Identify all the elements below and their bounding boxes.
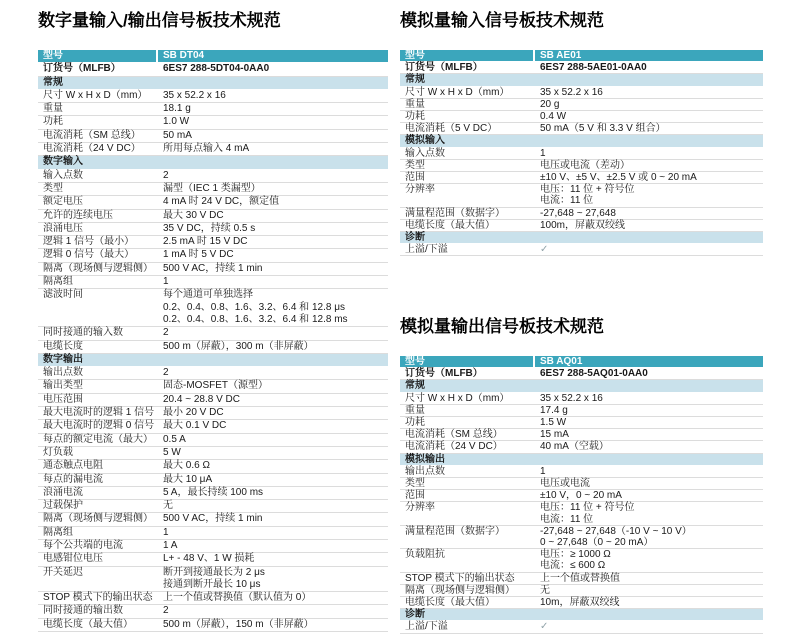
table-row: 电流消耗（SM 总线）15 mA [400,429,763,441]
section-label: 常规 [400,380,763,391]
row-value: 10m，屏蔽双绞线 [535,597,763,608]
digital-io-spec-title: 数字量输入/输出信号板技术规范 [38,11,388,31]
row-label: 电感钳位电压 [38,553,158,565]
row-value: 2.5 mA 时 15 V DC [158,236,388,248]
row-label: 隔离组 [38,276,158,288]
analog-output-spec-section: 模拟量输出信号板技术规范 型号SB AQ01订货号（MLFB）6ES7 288-… [400,317,763,634]
row-value: 35 x 52.2 x 16 [535,87,763,98]
table-row: 同时接通的输出数2 [38,605,388,618]
row-value: -27,648 ~ 27,648 [535,208,763,219]
analog-output-spec-table: 型号SB AQ01订货号（MLFB）6ES7 288-5AQ01-0AA0常规尺… [400,356,763,634]
row-value-line: 最大 0.6 Ω [163,460,383,472]
row-label: 分辨率 [400,502,535,524]
table-row: 输入点数2 [38,170,388,183]
row-value: 1 [535,148,763,159]
table-row: 功耗0.4 W [400,111,763,123]
row-value-line: 1 A [163,540,383,552]
row-value-line: 1.0 W [163,116,383,128]
table-row: 灯负载5 W [38,447,388,460]
row-label: 满量程范围（数据字） [400,526,535,548]
table-row: 范围±10 V，0 ~ 20 mA [400,490,763,502]
row-label: 订货号（MLFB） [400,368,535,379]
table-row: 电感钳位电压L+ - 48 V、1 W 损耗 [38,553,388,566]
table-row: 订货号（MLFB）6ES7 288-5AQ01-0AA0 [400,368,763,380]
table-row: 重量20 g [400,99,763,111]
row-value: 电压或电流（差动） [535,160,763,171]
table-row: 分辨率电压：11 位 + 符号位电流：11 位 [400,502,763,525]
row-value-line: 10m，屏蔽双绞线 [540,597,758,608]
row-value-line: 最小 20 V DC [163,407,383,419]
row-label: 逻辑 1 信号（最小） [38,236,158,248]
row-value-line: 每个通道可单独选择 [163,289,383,301]
table-row: 满量程范围（数据字）-27,648 ~ 27,648（-10 V ~ 10 V）… [400,526,763,549]
row-value-line: 0.2、0.4、0.8、1.6、3.2、6.4 和 12.8 μs [163,302,383,314]
row-value-line: 0.4 W [540,111,758,122]
section-label: 诊断 [400,232,763,243]
row-label: 输出类型 [38,380,158,392]
table-row: 电流消耗（24 V DC）40 mA（空载） [400,441,763,453]
table-row: STOP 模式下的输出状态上一个值或替换值（默认值为 0） [38,592,388,605]
row-value: 上一个值或替换值（默认值为 0） [158,592,388,604]
row-label: 满量程范围（数据字） [400,208,535,219]
section-header-row: 常规 [38,77,388,90]
row-value: 0.5 A [158,434,388,446]
row-value: ±10 V，0 ~ 20 mA [535,490,763,501]
row-label: 重量 [400,405,535,416]
row-label: 输入点数 [38,170,158,182]
row-label: 类型 [400,160,535,171]
row-label: 类型 [400,478,535,489]
row-label: 最大电流时的逻辑 0 信号 [38,420,158,432]
row-label: 输出点数 [400,466,535,477]
row-value-line: ±10 V，0 ~ 20 mA [540,490,758,501]
row-value: 6ES7 288-5AE01-0AA0 [535,62,763,73]
row-value: 漏型（IEC 1 类漏型） [158,183,388,195]
row-value: 每个通道可单独选择0.2、0.4、0.8、1.6、3.2、6.4 和 12.8 … [158,289,388,326]
table-row: 通态触点电阻最大 0.6 Ω [38,460,388,473]
row-label: 电缆长度（最大值） [38,619,158,631]
table-row: 上溢/下溢✓ [400,621,763,633]
row-value-line: 电流：11 位 [540,195,758,206]
row-value: 6ES7 288-5DT04-0AA0 [158,63,388,75]
table-row: 开关延迟断开到接通最长为 2 μs接通到断开最长 10 μs [38,567,388,593]
row-value: 4 mA 时 24 V DC，额定值 [158,196,388,208]
row-label: 电缆长度 [38,341,158,353]
table-row: 过载保护无 [38,500,388,513]
row-label: 上溢/下溢 [400,244,535,255]
row-value-line: 2 [163,170,383,182]
table-row: 电流消耗（5 V DC）50 mA（5 V 和 3.3 V 组合） [400,123,763,135]
row-value: 6ES7 288-5AQ01-0AA0 [535,368,763,379]
row-value: 15 mA [535,429,763,440]
row-value: 500 m（屏蔽），150 m（非屏蔽） [158,619,388,631]
row-value-line: 电压或电流 [540,478,758,489]
row-value-line: 无 [163,500,383,512]
row-value: 500 V AC，持续 1 min [158,513,388,525]
row-value: 20 g [535,99,763,110]
table-row: 尺寸 W x H x D（mm）35 x 52.2 x 16 [400,87,763,99]
row-value: 17.4 g [535,405,763,416]
row-label: 订货号（MLFB） [38,63,158,75]
table-row: 类型漏型（IEC 1 类漏型） [38,183,388,196]
section-label: 模拟输入 [400,135,763,146]
row-value: 35 x 52.2 x 16 [535,393,763,404]
row-value-line: 0 ~ 27,648（0 ~ 20 mA） [540,537,758,548]
row-value: 最大 10 μA [158,474,388,486]
row-label: 电流消耗（SM 总线） [400,429,535,440]
row-value-line: 500 V AC，持续 1 min [163,513,383,525]
table-row: 逻辑 1 信号（最小）2.5 mA 时 15 V DC [38,236,388,249]
row-label: 通态触点电阻 [38,460,158,472]
row-label: 浪涌电流 [38,487,158,499]
row-label: 电流消耗（SM 总线） [38,130,158,142]
row-value-line: 1 mA 时 5 V DC [163,249,383,261]
row-label: 灯负载 [38,447,158,459]
row-label: 重量 [38,103,158,115]
section-label: 诊断 [400,609,763,620]
table-row: 浪涌电压35 V DC，持续 0.5 s [38,223,388,236]
row-label: 同时接通的输出数 [38,605,158,617]
row-label: 过载保护 [38,500,158,512]
row-label: 每个公共端的电流 [38,540,158,552]
row-value-line: 20.4 ~ 28.8 V DC [163,394,383,406]
row-label: 额定电压 [38,196,158,208]
row-value: 无 [158,500,388,512]
row-label: 滤波时间 [38,289,158,326]
row-value-line: 电压：11 位 + 符号位 [540,184,758,195]
row-value-line: 1 [540,148,758,159]
row-value: 20.4 ~ 28.8 V DC [158,394,388,406]
row-label: 最大电流时的逻辑 1 信号 [38,407,158,419]
row-value: 电压：11 位 + 符号位电流：11 位 [535,184,763,206]
row-value-line: 电压：11 位 + 符号位 [540,502,758,513]
table-row: 功耗1.5 W [400,417,763,429]
table-row: 电缆长度500 m（屏蔽），300 m（非屏蔽） [38,341,388,354]
row-value: 最大 30 V DC [158,210,388,222]
row-label: 电缆长度（最大值） [400,597,535,608]
row-value-line: 4 mA 时 24 V DC，额定值 [163,196,383,208]
row-value-line: 2 [163,367,383,379]
row-value-line: ✓ [540,621,758,632]
table-row: 分辨率电压：11 位 + 符号位电流：11 位 [400,184,763,207]
row-value-line: 1.5 W [540,417,758,428]
row-value-line: 电流：11 位 [540,514,758,525]
table-row: 最大电流时的逻辑 0 信号最大 0.1 V DC [38,420,388,433]
row-value-line: 6ES7 288-5DT04-0AA0 [163,63,383,75]
digital-io-spec-table: 型号SB DT04订货号（MLFB）6ES7 288-5DT04-0AA0常规尺… [38,50,388,632]
row-label: 订货号（MLFB） [400,62,535,73]
row-value-line: 5 A，最长持续 100 ms [163,487,383,499]
row-label: 隔离（现场侧与逻辑侧） [400,585,535,596]
row-value-line: 50 mA [163,130,383,142]
row-value-line: L+ - 48 V、1 W 损耗 [163,553,383,565]
section-header-row: 数字输入 [38,156,388,169]
row-value-line: 1 [163,527,383,539]
row-value-line: 上一个值或替换值 [540,573,758,584]
row-value-line: 0.5 A [163,434,383,446]
table-row: 最大电流时的逻辑 1 信号最小 20 V DC [38,407,388,420]
row-value: 50 mA [158,130,388,142]
row-value-line: 最大 0.1 V DC [163,420,383,432]
row-label: STOP 模式下的输出状态 [400,573,535,584]
row-value-line: 18.1 g [163,103,383,115]
row-label: 尺寸 W x H x D（mm） [38,90,158,102]
row-value-line: 最大 10 μA [163,474,383,486]
row-value: 1 [158,527,388,539]
row-value: 2 [158,367,388,379]
row-value-line: 15 mA [540,429,758,440]
section-header-row: 常规 [400,74,763,86]
row-value-line: 500 m（屏蔽），150 m（非屏蔽） [163,619,383,631]
row-value-line: 35 V DC，持续 0.5 s [163,223,383,235]
row-value-line: ±10 V、±5 V、±2.5 V 或 0 ~ 20 mA [540,172,758,183]
row-value-line: 2 [163,605,383,617]
row-label: 功耗 [38,116,158,128]
row-value-line: 500 m（屏蔽），300 m（非屏蔽） [163,341,383,353]
row-value: 无 [535,585,763,596]
analog-input-spec-title: 模拟量输入信号板技术规范 [400,11,763,31]
row-label: 尺寸 W x H x D（mm） [400,393,535,404]
row-value-line: 0.2、0.4、0.8、1.6、3.2、6.4 和 12.8 ms [163,314,383,326]
model-label: 型号 [400,356,535,367]
section-header-row: 诊断 [400,609,763,621]
row-label: 电缆长度（最大值） [400,220,535,231]
row-value: 电压：≥ 1000 Ω电流：≤ 600 Ω [535,549,763,571]
row-label: 分辨率 [400,184,535,206]
table-row: 负载阻抗电压：≥ 1000 Ω电流：≤ 600 Ω [400,549,763,572]
row-label: 电流消耗（24 V DC） [400,441,535,452]
model-label: 型号 [38,50,158,62]
table-row: 隔离（现场侧与逻辑侧）500 V AC，持续 1 min [38,263,388,276]
table-row: 同时接通的输入数2 [38,327,388,340]
row-label: 范围 [400,172,535,183]
row-value: 电压或电流 [535,478,763,489]
row-label: 负载阻抗 [400,549,535,571]
row-value: 最小 20 V DC [158,407,388,419]
table-row: 隔离组1 [38,276,388,289]
section-label: 常规 [400,74,763,85]
analog-input-spec-table: 型号SB AE01订货号（MLFB）6ES7 288-5AE01-0AA0常规尺… [400,50,763,256]
row-label: 浪涌电压 [38,223,158,235]
row-value: L+ - 48 V、1 W 损耗 [158,553,388,565]
row-label: 重量 [400,99,535,110]
section-header-row: 常规 [400,380,763,392]
row-label: 尺寸 W x H x D（mm） [400,87,535,98]
digital-io-spec-section: 数字量输入/输出信号板技术规范 型号SB DT04订货号（MLFB）6ES7 2… [38,11,388,632]
row-value: 100m，屏蔽双绞线 [535,220,763,231]
row-label: 电流消耗（5 V DC） [400,123,535,134]
model-value: SB DT04 [158,50,388,62]
check-icon: ✓ [535,621,763,632]
section-header-row: 数字输出 [38,354,388,367]
row-value-line: 6ES7 288-5AE01-0AA0 [540,62,758,73]
row-label: 电流消耗（24 V DC） [38,143,158,155]
row-value: 35 x 52.2 x 16 [158,90,388,102]
row-label: 范围 [400,490,535,501]
row-value-line: 1 [540,466,758,477]
table-row: 每个公共端的电流1 A [38,540,388,553]
model-label: 型号 [400,50,535,61]
row-value: 固态-MOSFET（源型） [158,380,388,392]
row-label: 允许的连续电压 [38,210,158,222]
row-value-line: 所用每点输入 4 mA [163,143,383,155]
table-row: 电缆长度（最大值）500 m（屏蔽），150 m（非屏蔽） [38,619,388,632]
table-row: 尺寸 W x H x D（mm）35 x 52.2 x 16 [400,393,763,405]
row-value: 1 [158,276,388,288]
row-value: 最大 0.6 Ω [158,460,388,472]
row-value-line: 35 x 52.2 x 16 [540,87,758,98]
row-value-line: 50 mA（5 V 和 3.3 V 组合） [540,123,758,134]
table-row: 输出类型固态-MOSFET（源型） [38,380,388,393]
row-value-line: 漏型（IEC 1 类漏型） [163,183,383,195]
table-row: 功耗1.0 W [38,116,388,129]
row-value-line: 5 W [163,447,383,459]
row-value: 电压：11 位 + 符号位电流：11 位 [535,502,763,524]
row-value-line: 40 mA（空载） [540,441,758,452]
row-value-line: 无 [540,585,758,596]
row-label: 隔离（现场侧与逻辑侧） [38,263,158,275]
row-value: 1.5 W [535,417,763,428]
table-row: 允许的连续电压最大 30 V DC [38,210,388,223]
table-row: 浪涌电流5 A，最长持续 100 ms [38,487,388,500]
table-row: 类型电压或电流 [400,478,763,490]
row-value-line: ✓ [540,244,758,255]
row-label: 同时接通的输入数 [38,327,158,339]
row-value: 18.1 g [158,103,388,115]
row-label: 输入点数 [400,148,535,159]
table-row: 订货号（MLFB）6ES7 288-5AE01-0AA0 [400,62,763,74]
table-row: 输出点数2 [38,367,388,380]
section-label: 数字输出 [38,354,388,366]
table-row: 隔离组1 [38,527,388,540]
section-header-row: 模拟输入 [400,135,763,147]
section-label: 模拟输出 [400,454,763,465]
row-label: 隔离（现场侧与逻辑侧） [38,513,158,525]
model-header-row: 型号SB AE01 [400,50,763,62]
row-value: 5 A，最长持续 100 ms [158,487,388,499]
row-value-line: 6ES7 288-5AQ01-0AA0 [540,368,758,379]
row-value-line: 最大 30 V DC [163,210,383,222]
row-value: ±10 V、±5 V、±2.5 V 或 0 ~ 20 mA [535,172,763,183]
row-value-line: 固态-MOSFET（源型） [163,380,383,392]
table-row: 电缆长度（最大值）10m，屏蔽双绞线 [400,597,763,609]
model-value: SB AE01 [535,50,763,61]
section-label: 常规 [38,77,388,89]
table-row: 满量程范围（数据字）-27,648 ~ 27,648 [400,208,763,220]
row-label: 开关延迟 [38,567,158,592]
section-header-row: 诊断 [400,232,763,244]
row-value-line: 接通到断开最长 10 μs [163,579,383,591]
row-label: 类型 [38,183,158,195]
table-row: 输出点数1 [400,466,763,478]
section-header-row: 模拟输出 [400,454,763,466]
row-value-line: 断开到接通最长为 2 μs [163,567,383,579]
row-value-line: 电压：≥ 1000 Ω [540,549,758,560]
table-row: 电流消耗（24 V DC）所用每点输入 4 mA [38,143,388,156]
row-value: 500 V AC，持续 1 min [158,263,388,275]
row-label: 每点的漏电流 [38,474,158,486]
row-value-line: 20 g [540,99,758,110]
row-value-line: 17.4 g [540,405,758,416]
row-value: 1 [535,466,763,477]
row-value: 50 mA（5 V 和 3.3 V 组合） [535,123,763,134]
row-value: 断开到接通最长为 2 μs接通到断开最长 10 μs [158,567,388,592]
row-label: 隔离组 [38,527,158,539]
section-label: 数字输入 [38,156,388,168]
table-row: 重量18.1 g [38,103,388,116]
row-value: 最大 0.1 V DC [158,420,388,432]
table-row: 尺寸 W x H x D（mm）35 x 52.2 x 16 [38,90,388,103]
table-row: 逻辑 0 信号（最大）1 mA 时 5 V DC [38,249,388,262]
table-row: 每点的额定电流（最大）0.5 A [38,434,388,447]
row-value-line: 100m，屏蔽双绞线 [540,220,758,231]
row-value: 2 [158,327,388,339]
row-label: 功耗 [400,417,535,428]
row-value: 35 V DC，持续 0.5 s [158,223,388,235]
check-icon: ✓ [535,244,763,255]
row-label: 电压范围 [38,394,158,406]
row-label: STOP 模式下的输出状态 [38,592,158,604]
row-value: 1 A [158,540,388,552]
row-label: 每点的额定电流（最大） [38,434,158,446]
model-value: SB AQ01 [535,356,763,367]
row-value: 5 W [158,447,388,459]
row-value: 2 [158,605,388,617]
table-row: STOP 模式下的输出状态上一个值或替换值 [400,573,763,585]
table-row: 电缆长度（最大值）100m，屏蔽双绞线 [400,220,763,232]
table-row: 电流消耗（SM 总线）50 mA [38,130,388,143]
table-row: 类型电压或电流（差动） [400,160,763,172]
table-row: 电压范围20.4 ~ 28.8 V DC [38,394,388,407]
table-row: 重量17.4 g [400,405,763,417]
row-value: 所用每点输入 4 mA [158,143,388,155]
table-row: 滤波时间每个通道可单独选择0.2、0.4、0.8、1.6、3.2、6.4 和 1… [38,289,388,327]
row-value: 1.0 W [158,116,388,128]
row-value: 2 [158,170,388,182]
table-row: 每点的漏电流最大 10 μA [38,474,388,487]
table-row: 额定电压4 mA 时 24 V DC，额定值 [38,196,388,209]
table-row: 输入点数1 [400,148,763,160]
table-row: 上溢/下溢✓ [400,244,763,256]
row-value-line: 2 [163,327,383,339]
row-label: 上溢/下溢 [400,621,535,632]
model-header-row: 型号SB AQ01 [400,356,763,368]
analog-input-spec-section: 模拟量输入信号板技术规范 型号SB AE01订货号（MLFB）6ES7 288-… [400,11,763,256]
table-row: 隔离（现场侧与逻辑侧）无 [400,585,763,597]
row-label: 输出点数 [38,367,158,379]
row-label: 逻辑 0 信号（最大） [38,249,158,261]
row-value-line: 500 V AC，持续 1 min [163,263,383,275]
row-value: 上一个值或替换值 [535,573,763,584]
row-value: -27,648 ~ 27,648（-10 V ~ 10 V）0 ~ 27,648… [535,526,763,548]
row-value-line: 2.5 mA 时 15 V DC [163,236,383,248]
row-value-line: 上一个值或替换值（默认值为 0） [163,592,383,604]
row-value-line: 35 x 52.2 x 16 [540,393,758,404]
row-value-line: 1 [163,276,383,288]
row-value-line: -27,648 ~ 27,648（-10 V ~ 10 V） [540,526,758,537]
spec-document-page: { "colors": { "table_header_bg": "#3BA6B… [0,0,790,634]
table-row: 订货号（MLFB）6ES7 288-5DT04-0AA0 [38,63,388,76]
table-row: 范围±10 V、±5 V、±2.5 V 或 0 ~ 20 mA [400,172,763,184]
model-header-row: 型号SB DT04 [38,50,388,63]
row-label: 功耗 [400,111,535,122]
row-value: 1 mA 时 5 V DC [158,249,388,261]
row-value: 500 m（屏蔽），300 m（非屏蔽） [158,341,388,353]
row-value-line: 电压或电流（差动） [540,160,758,171]
row-value-line: -27,648 ~ 27,648 [540,208,758,219]
table-row: 隔离（现场侧与逻辑侧）500 V AC，持续 1 min [38,513,388,526]
row-value-line: 35 x 52.2 x 16 [163,90,383,102]
